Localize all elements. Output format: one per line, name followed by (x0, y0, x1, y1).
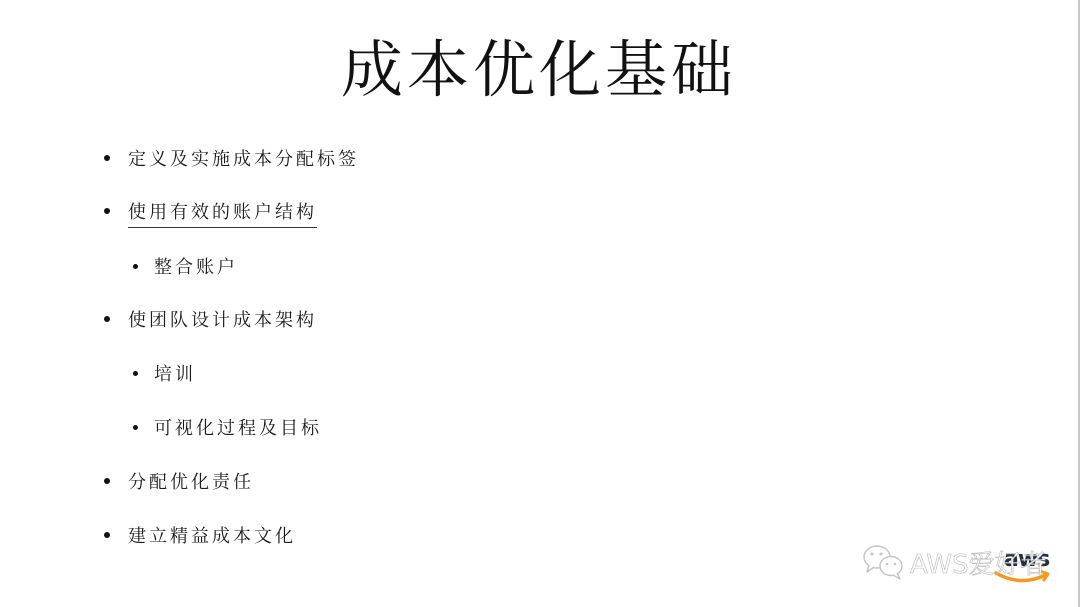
bullet-item: 使用有效的账户结构 (104, 196, 317, 226)
wechat-icon (862, 543, 906, 581)
bullet-dot-icon (104, 478, 110, 484)
bullet-dot-icon (104, 316, 110, 322)
bullet-item: 建立精益成本文化 (104, 520, 296, 550)
bullet-item-sub: 可视化过程及目标 (133, 412, 322, 442)
bullet-dot-icon (104, 208, 110, 214)
bullet-item-sub: 培训 (133, 358, 196, 388)
bullet-label: 定义及实施成本分配标签 (128, 145, 359, 171)
bullet-dot-icon (133, 425, 138, 430)
wechat-watermark: AWS爱好者 (862, 540, 1047, 584)
bullet-label: 可视化过程及目标 (154, 414, 322, 440)
bullet-label: 整合账户 (154, 253, 238, 279)
watermark-text: AWS爱好者 (910, 544, 1047, 581)
bullet-dot-icon (104, 155, 110, 161)
bullet-label: 分配优化责任 (128, 468, 254, 494)
bullet-item: 分配优化责任 (104, 466, 254, 496)
bullet-label: 培训 (154, 360, 196, 386)
bullet-label: 使团队设计成本架构 (128, 306, 317, 332)
bullet-item: 使团队设计成本架构 (104, 304, 317, 334)
slide: 成本优化基础 定义及实施成本分配标签 使用有效的账户结构 整合账户 使团队设计成… (0, 0, 1080, 607)
bullet-label-underlined: 使用有效的账户结构 (128, 198, 317, 228)
bullet-label: 建立精益成本文化 (128, 522, 296, 548)
bullet-item: 定义及实施成本分配标签 (104, 143, 359, 173)
bullet-dot-icon (133, 264, 138, 269)
bullet-dot-icon (133, 371, 138, 376)
bullet-item-sub: 整合账户 (133, 251, 238, 281)
bullet-list: 定义及实施成本分配标签 使用有效的账户结构 整合账户 使团队设计成本架构 培训 … (0, 0, 700, 607)
bullet-dot-icon (104, 532, 110, 538)
